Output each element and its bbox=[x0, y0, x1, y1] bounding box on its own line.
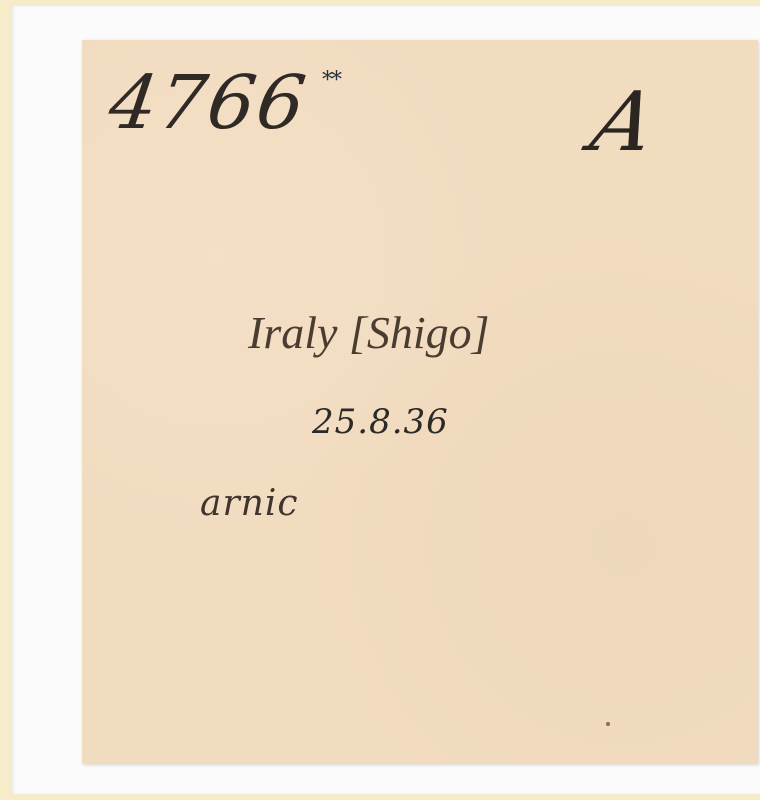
grade-letter: A bbox=[584, 82, 664, 164]
specimen-label-card: 4766 ** A Iraly [Shigo] 25.8.36 arnic bbox=[82, 40, 758, 764]
paper-speck bbox=[606, 722, 610, 726]
catalog-number: 4766 bbox=[105, 66, 312, 140]
note-text: arnic bbox=[200, 486, 299, 522]
locality-text: Iraly [Shigo] bbox=[248, 310, 490, 356]
catalog-star-marks: ** bbox=[322, 70, 340, 92]
white-mount: 4766 ** A Iraly [Shigo] 25.8.36 arnic bbox=[12, 6, 760, 794]
collection-date: 25.8.36 bbox=[312, 405, 449, 439]
